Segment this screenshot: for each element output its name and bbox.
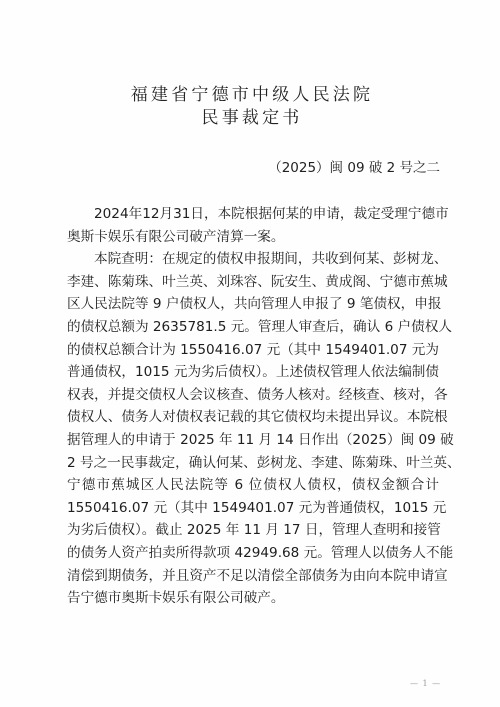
paragraph-line: 债权人、债务人对债权表记载的其它债权均未提出异议。本院根 xyxy=(67,406,439,429)
paragraph-line: 奥斯卡娱乐有限公司破产清算一案。 xyxy=(67,226,439,249)
page-number: — 1 — xyxy=(410,679,441,688)
paragraph-line: 的债权总额为 2635781.5 元。管理人审查后，确认 6 户债权人 xyxy=(67,316,439,339)
document-page: 福建省宁德市中级人民法院 民事裁定书 （2025）闽 09 破 2 号之二 20… xyxy=(0,0,500,707)
paragraph-line: 告宁德市奥斯卡娱乐有限公司破产。 xyxy=(67,587,439,610)
paragraph-line: 为劣后债权）。截止 2025 年 11 月 17 日，管理人查明和接管 xyxy=(67,519,439,542)
paragraph-line: 本院查明：在规定的债权申报期间，共收到何某、彭树龙、 xyxy=(67,248,439,271)
paragraph-line: 清偿到期债务，并且资产不足以清偿全部债务为由向本院申请宣 xyxy=(67,565,439,588)
paragraph-line: 区人民法院等 9 户债权人，共向管理人申报了 9 笔债权，申报 xyxy=(67,293,439,316)
paragraph-line: 的债权总额合计为 1550416.07 元（其中 1549401.07 元为 xyxy=(67,339,439,362)
document-type-title: 民事裁定书 xyxy=(0,107,500,129)
paragraph-line: 1550416.07 元（其中 1549401.07 元为普通债权，1015 元 xyxy=(67,497,439,520)
document-body: 2024年12月31日，本院根据何某的申请，裁定受理宁德市 奥斯卡娱乐有限公司破… xyxy=(67,203,439,610)
paragraph-line: 普通债权，1015 元为劣后债权）。上述债权管理人依法编制债 xyxy=(67,361,439,384)
paragraph-line: 李建、陈菊珠、叶兰英、刘珠容、阮安生、黄成阁、宁德市蕉城 xyxy=(67,271,439,294)
court-name-title: 福建省宁德市中级人民法院 xyxy=(0,84,500,106)
case-number: （2025）闽 09 破 2 号之二 xyxy=(268,158,440,178)
paragraph-line: 2 号之一民事裁定，确认何某、彭树龙、李建、陈菊珠、叶兰英、 xyxy=(67,452,439,475)
paragraph-line: 据管理人的申请于 2025 年 11 月 14 日作出（2025）闽 09 破 xyxy=(67,429,439,452)
paragraph-line: 权表，并提交债权人会议核查、债务人核对。经核查、核对，各 xyxy=(67,384,439,407)
paragraph-line: 2024年12月31日，本院根据何某的申请，裁定受理宁德市 xyxy=(67,203,439,226)
paragraph-line: 的债务人资产拍卖所得款项 42949.68 元。管理人以债务人不能 xyxy=(67,542,439,565)
paragraph-line: 宁德市蕉城区人民法院等 6 位债权人债权，债权金额合计 xyxy=(67,474,439,497)
